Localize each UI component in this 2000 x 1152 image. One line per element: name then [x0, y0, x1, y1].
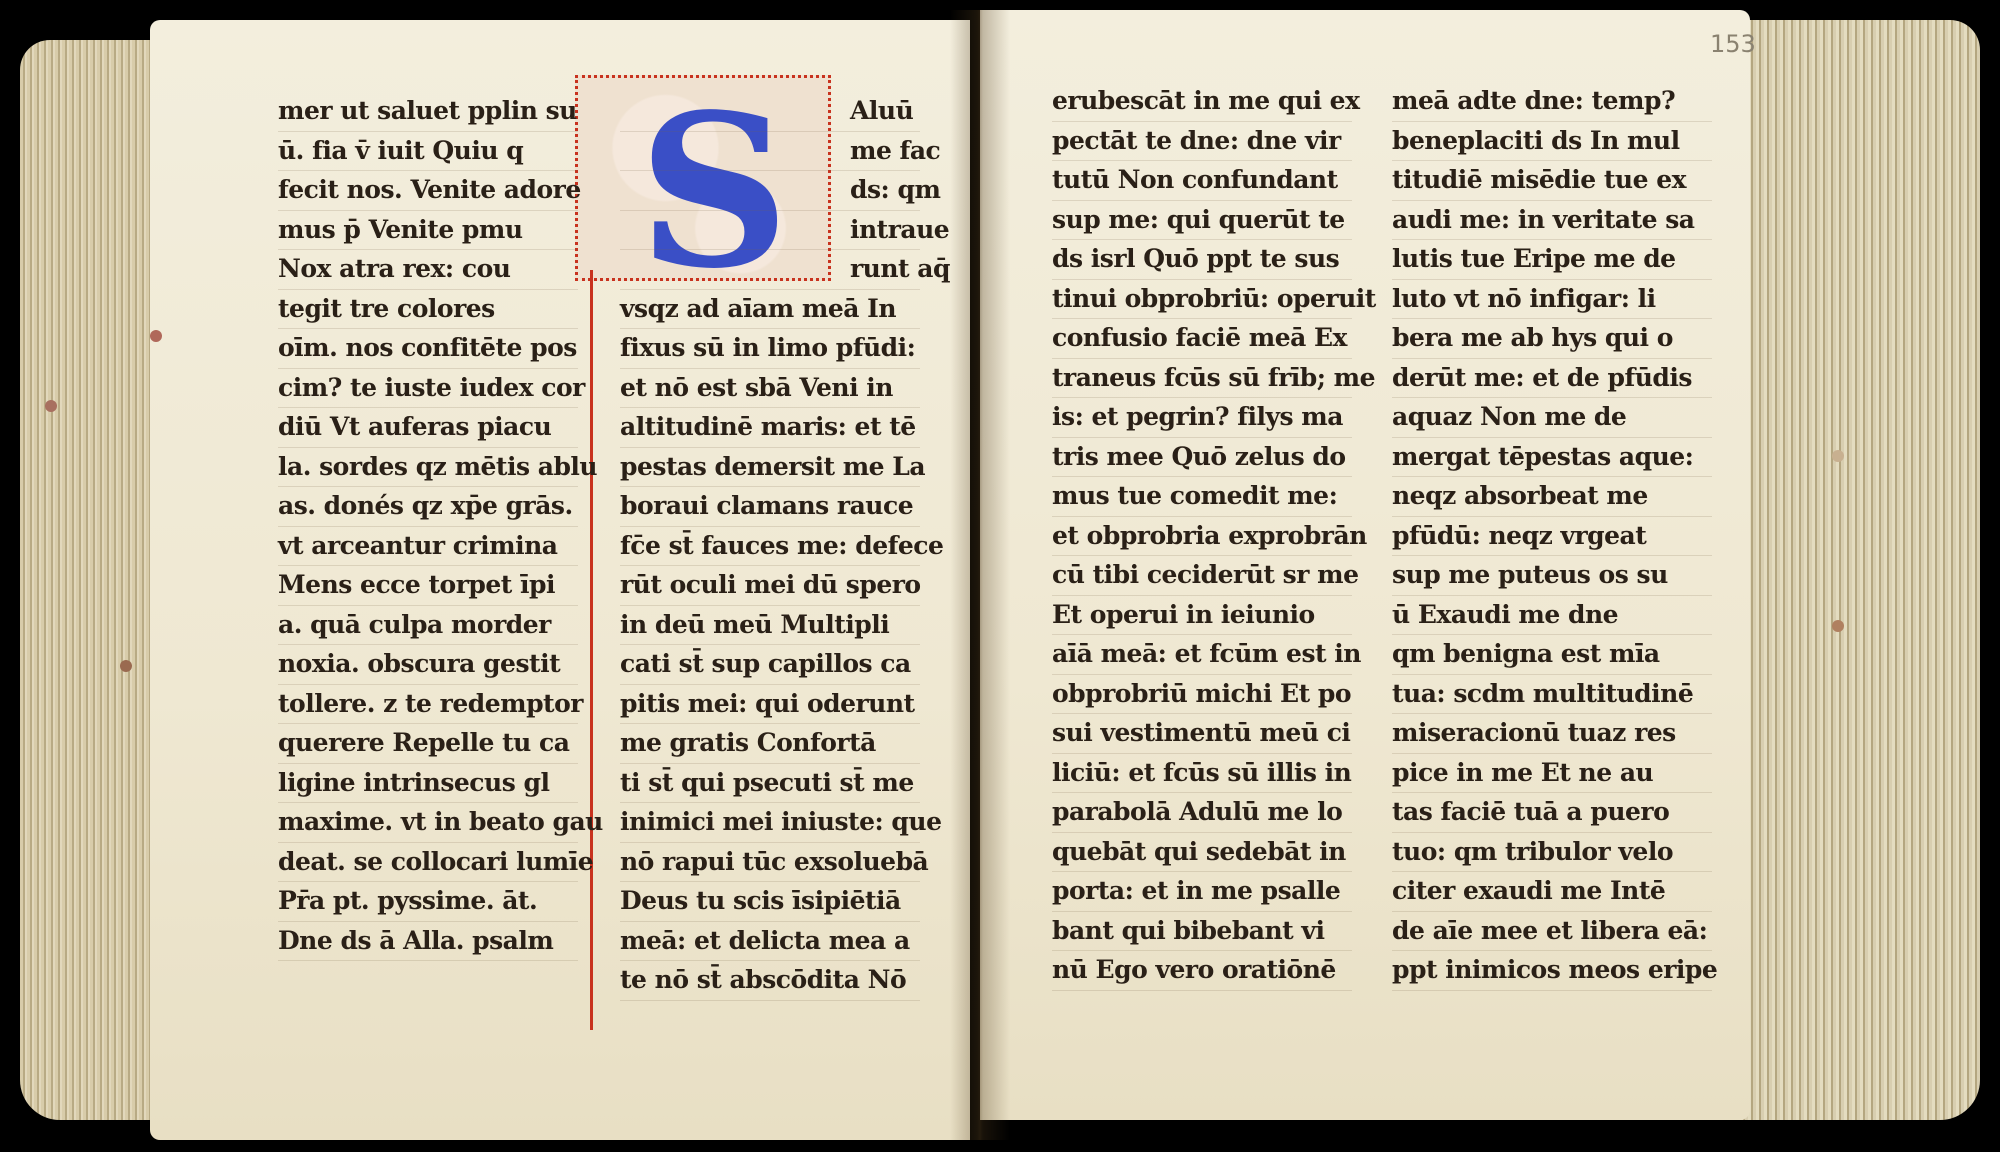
text-line: mergat tēpestas aque: [1392, 438, 1712, 478]
text-line: quebāt qui sedebāt in [1052, 833, 1352, 873]
text-line: audi me: in veritate sa [1392, 201, 1712, 241]
text-line: vsqz ad aīam meā In [620, 290, 920, 330]
text-line: mer ut saluet pplin su [278, 92, 578, 132]
text-line: ligine intrinsecus gl [278, 764, 578, 804]
text-line: rūt oculi mei dū spero [620, 566, 920, 606]
text-line: altitudinē maris: et tē [620, 408, 920, 448]
text-line: bant qui bibebant vi [1052, 912, 1352, 952]
text-line: tris mee Quō zelus do [1052, 438, 1352, 478]
text-line: mus tue comedit me: [1052, 477, 1352, 517]
text-line: aīā meā: et fcūm est in [1052, 635, 1352, 675]
text-line: tas faciē tuā a puero [1392, 793, 1712, 833]
text-line: titudiē misēdie tue ex [1392, 161, 1712, 201]
text-line: fixus sū in limo pfūdi: [620, 329, 920, 369]
text-line: pice in me Et ne au [1392, 754, 1712, 794]
text-line: maxime. vt in beato gau [278, 803, 578, 843]
text-line: is: et pegrin? filys ma [1052, 398, 1352, 438]
text-line: a. quā culpa morder [278, 606, 578, 646]
right-column-1: erubescāt in me qui expectāt te dne: dne… [1052, 82, 1352, 991]
text-line: runt aq̄ [620, 250, 920, 290]
text-line: de aīe mee et libera eā: [1392, 912, 1712, 952]
text-line: bera me ab hys qui o [1392, 319, 1712, 359]
page-edges-left [20, 40, 170, 1120]
text-line: miseracionū tuaz res [1392, 714, 1712, 754]
text-line: ū. fia v̄ iuit Quiu q [278, 132, 578, 172]
text-line: tinui obprobriū: operuit [1052, 280, 1352, 320]
text-line: Et operui in ieiunio [1052, 596, 1352, 636]
text-line: querere Repelle tu ca [278, 724, 578, 764]
page-tab-knot [120, 660, 132, 672]
text-line: citer exaudi me Intē [1392, 872, 1712, 912]
text-line: fecit nos. Venite adore [278, 171, 578, 211]
open-manuscript: 153 S mer ut saluet pplin suū. fia v̄ iu… [0, 0, 2000, 1152]
text-line: fc̄e st̄ fauces me: defece [620, 527, 920, 567]
penwork-flourish [590, 270, 593, 1030]
text-line: liciū: et fcūs sū illis in [1052, 754, 1352, 794]
page-tab-knot [1832, 450, 1844, 462]
text-line: me gratis Confortā [620, 724, 920, 764]
text-line: parabolā Adulū me lo [1052, 793, 1352, 833]
page-tab-knot [150, 330, 162, 342]
text-line: neqz absorbeat me [1392, 477, 1712, 517]
text-line: deat. se collocari lumīe [278, 843, 578, 883]
folio-number: 153 [1710, 30, 1756, 58]
text-line: meā adte dne: temp? [1392, 82, 1712, 122]
text-line: boraui clamans rauce [620, 487, 920, 527]
page-tab-knot [45, 400, 57, 412]
text-line: ppt inimicos meos eripe [1392, 951, 1712, 991]
text-line: te nō st̄ abscōdita Nō [620, 961, 920, 1001]
text-line: sup me puteus os su [1392, 556, 1712, 596]
text-line: nū Ego vero oratiōnē [1052, 951, 1352, 991]
text-line: erubescāt in me qui ex [1052, 82, 1352, 122]
text-line: Dne ds ā Alla. psalm [278, 922, 578, 962]
text-line: tollere. z te redemptor [278, 685, 578, 725]
text-line: aquaz Non me de [1392, 398, 1712, 438]
text-line: me fac [620, 132, 920, 172]
text-line: oīm. nos confitēte pos [278, 329, 578, 369]
text-line: et obprobria exprobrān [1052, 517, 1352, 557]
text-line: pestas demersit me La [620, 448, 920, 488]
text-line: ū Exaudi me dne [1392, 596, 1712, 636]
text-line: pfūdū: neqz vrgeat [1392, 517, 1712, 557]
text-line: in deū meū Multipli [620, 606, 920, 646]
text-line: beneplaciti ds In mul [1392, 122, 1712, 162]
text-line: ds: qm [620, 171, 920, 211]
text-line: qm benigna est mīa [1392, 635, 1712, 675]
text-line: cim? te iuste iudex cor [278, 369, 578, 409]
page-edges-right [1740, 20, 1980, 1120]
text-line: meā: et delicta mea a [620, 922, 920, 962]
text-line: luto vt nō infigar: li [1392, 280, 1712, 320]
text-line: as. donés qz xp̄e grās. [278, 487, 578, 527]
text-line: tuo: qm tribulor velo [1392, 833, 1712, 873]
text-line: sup me: qui querūt te [1052, 201, 1352, 241]
text-line: vt arceantur crimina [278, 527, 578, 567]
text-line: et nō est sbā Veni in [620, 369, 920, 409]
text-line: mus p̄ Venite pmu [278, 211, 578, 251]
text-line: Nox atra rex: cou [278, 250, 578, 290]
text-line: nō rapui tūc exsoluebā [620, 843, 920, 883]
text-line: ds isrl Quō ppt te sus [1052, 240, 1352, 280]
text-line: Deus tu scis īsipiētiā [620, 882, 920, 922]
text-line: obprobriū michi Et po [1052, 675, 1352, 715]
text-line: diū Vt auferas piacu [278, 408, 578, 448]
text-line: porta: et in me psalle [1052, 872, 1352, 912]
text-line: pitis mei: qui oderunt [620, 685, 920, 725]
left-column-2: Aluūme facds: qmintrauerunt aq̄vsqz ad a… [620, 92, 920, 1001]
right-column-2: meā adte dne: temp?beneplaciti ds In mul… [1392, 82, 1712, 991]
text-line: intraue [620, 211, 920, 251]
text-line: tua: scdm multitudinē [1392, 675, 1712, 715]
text-line: traneus fcūs sū frīb; me [1052, 359, 1352, 399]
text-line: inimici mei iniuste: que [620, 803, 920, 843]
text-line: confusio faciē meā Ex [1052, 319, 1352, 359]
left-column-1: mer ut saluet pplin suū. fia v̄ iuit Qui… [278, 92, 578, 961]
text-line: tegit tre colores [278, 290, 578, 330]
text-line: sui vestimentū meū ci [1052, 714, 1352, 754]
text-line: Pr̄a pt. pyssime. āt. [278, 882, 578, 922]
text-line: noxia. obscura gestit [278, 645, 578, 685]
text-line: Mens ecce torpet īpi [278, 566, 578, 606]
text-line: derūt me: et de pfūdis [1392, 359, 1712, 399]
text-line: ti st̄ qui psecuti st̄ me [620, 764, 920, 804]
text-line: tutū Non confundant [1052, 161, 1352, 201]
text-line: Aluū [620, 92, 920, 132]
text-line: lutis tue Eripe me de [1392, 240, 1712, 280]
text-line: la. sordes qz mētis ablu [278, 448, 578, 488]
gutter [950, 10, 1010, 1140]
text-line: cati st̄ sup capillos ca [620, 645, 920, 685]
text-line: pectāt te dne: dne vir [1052, 122, 1352, 162]
text-line: cū tibi ceciderūt sr me [1052, 556, 1352, 596]
page-tab-knot [1832, 620, 1844, 632]
